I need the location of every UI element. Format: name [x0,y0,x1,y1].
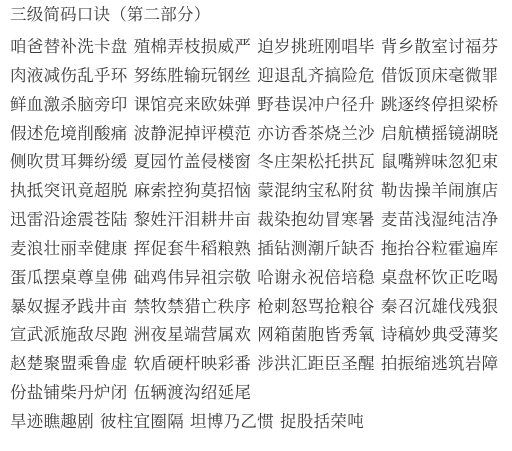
mnemonic-group: 软盾硬杆映彩番 [134,350,252,379]
mnemonic-group: 蒙混纳宝私附贫 [257,177,375,206]
mnemonic-group: 野巷误冲户径升 [257,91,375,120]
mnemonic-line: 侧吹贯耳舞纷缓夏园竹盖侵楼窗冬庄架松托拱瓦鼠嘴辨味忽犯束 [10,148,510,177]
mnemonic-group: 宣武派施敌尽跑 [10,321,128,350]
mnemonic-group: 鼠嘴辨味忽犯束 [381,148,499,177]
mnemonic-line: 假述危境削酸痛波静泥掉评模范亦访香茶烧兰沙启航横摇镜湖晓 [10,120,510,149]
mnemonic-group: 课馆亮来欧妹弹 [134,91,252,120]
mnemonic-group: 涉洪汇距臣圣醒 [257,350,375,379]
mnemonic-line: 鲜血激杀脑旁印课馆亮来欧妹弹野巷误冲户径升跳逐终停担梁桥 [10,91,510,120]
mnemonic-group: 赵楚聚盟乘鲁虚 [10,350,128,379]
mnemonic-group: 秦召沉雄伐残狠 [381,293,499,322]
mnemonic-group: 鲜血激杀脑旁印 [10,91,128,120]
mnemonic-line: 份盐铺柴丹炉闭伍辆渡沟绍延尾 [10,379,510,408]
mnemonic-group: 拍振缩逃筑岩障 [381,350,499,379]
document-page: 三级简码口诀（第二部分） 咱爸替补洗卡盘殖棉弄枝损威严迫岁挑班刚唱毕背乡散室讨福… [0,0,512,451]
mnemonic-line: 麦浪壮丽幸健康挥促套牛稻粮熟插钻测潮斤缺否拖抬谷粒霍遍库 [10,235,510,264]
mnemonic-group: 跳逐终停担梁桥 [381,91,499,120]
mnemonic-line: 宣武派施敌尽跑洲夜星端营属欢网箱菌胞皆秀氧诗稿妙典受薄奖 [10,321,510,350]
mnemonic-group: 麦浪壮丽幸健康 [10,235,128,264]
mnemonic-line: 暴奴握矛践井亩禁牧禁猎亡秩序枪刺怒骂抢粮谷秦召沉雄伐残狠 [10,293,510,322]
mnemonic-group: 夏园竹盖侵楼窗 [134,148,252,177]
mnemonic-group: 哈谢永祝倍培稳 [257,264,375,293]
mnemonic-group: 迅雷沿途震苍陆 [10,206,128,235]
mnemonic-group: 迎退乱齐搞险危 [257,62,375,91]
mnemonic-group: 坦博乃乙惯 [190,408,274,437]
mnemonic-group: 黎姓汗泪耕井亩 [134,206,252,235]
mnemonic-group: 迫岁挑班刚唱毕 [257,33,375,62]
mnemonic-group: 冬庄架松托拱瓦 [257,148,375,177]
mnemonic-group: 背乡散室讨福芬 [381,33,499,62]
mnemonic-line: 蛋瓜摆桌尊皇佛础鸡伟异祖宗敬哈谢永祝倍培稳桌盘杯饮正吃喝 [10,264,510,293]
mnemonic-group: 亦访香茶烧兰沙 [257,120,375,149]
mnemonic-group: 洲夜星端营属欢 [134,321,252,350]
mnemonic-group: 暴奴握矛践井亩 [10,293,128,322]
mnemonic-group: 彼柱宜圈隔 [100,408,184,437]
mnemonic-group: 启航横摇镜湖晓 [381,120,499,149]
mnemonic-group: 诗稿妙典受薄奖 [381,321,499,350]
mnemonic-group: 裁染抱幼冒寒暑 [257,206,375,235]
mnemonic-line: 迅雷沿途震苍陆黎姓汗泪耕井亩裁染抱幼冒寒暑麦苗浅湿纯洁净 [10,206,510,235]
mnemonic-group: 波静泥掉评模范 [134,120,252,149]
mnemonic-group: 禁牧禁猎亡秩序 [134,293,252,322]
mnemonic-group: 执抵突讯竟超脱 [10,177,128,206]
mnemonic-group: 网箱菌胞皆秀氧 [257,321,375,350]
mnemonic-group: 肉液减伤乱乎环 [10,62,128,91]
mnemonic-line: 旱迹瞧趣剧彼柱宜圈隔坦博乃乙惯捉股括荣吨 [10,408,510,437]
mnemonic-group: 侧吹贯耳舞纷缓 [10,148,128,177]
mnemonic-group: 勒齿操羊闹旗店 [381,177,499,206]
mnemonic-group: 努练胜输玩钢丝 [134,62,252,91]
document-title: 三级简码口诀（第二部分） [10,4,210,26]
mnemonic-group: 麦苗浅湿纯洁净 [381,206,499,235]
mnemonic-group: 桌盘杯饮正吃喝 [381,264,499,293]
mnemonic-group: 伍辆渡沟绍延尾 [134,379,252,408]
mnemonic-line: 赵楚聚盟乘鲁虚软盾硬杆映彩番涉洪汇距臣圣醒拍振缩逃筑岩障 [10,350,510,379]
mnemonic-group: 麻索控狗莫招恼 [134,177,252,206]
mnemonic-group: 拖抬谷粒霍遍库 [381,235,499,264]
mnemonic-line: 咱爸替补洗卡盘殖棉弄枝损威严迫岁挑班刚唱毕背乡散室讨福芬 [10,33,510,62]
mnemonic-group: 旱迹瞧趣剧 [10,408,94,437]
mnemonic-group: 挥促套牛稻粮熟 [134,235,252,264]
mnemonic-group: 枪刺怒骂抢粮谷 [257,293,375,322]
mnemonic-group: 捉股括荣吨 [280,408,364,437]
mnemonic-group: 插钻测潮斤缺否 [257,235,375,264]
mnemonic-group: 蛋瓜摆桌尊皇佛 [10,264,128,293]
mnemonic-lines: 咱爸替补洗卡盘殖棉弄枝损威严迫岁挑班刚唱毕背乡散室讨福芬肉液减伤乱乎环努练胜输玩… [10,33,510,437]
mnemonic-line: 执抵突讯竟超脱麻索控狗莫招恼蒙混纳宝私附贫勒齿操羊闹旗店 [10,177,510,206]
mnemonic-group: 咱爸替补洗卡盘 [10,33,128,62]
mnemonic-group: 份盐铺柴丹炉闭 [10,379,128,408]
mnemonic-line: 肉液减伤乱乎环努练胜输玩钢丝迎退乱齐搞险危借饭顶床毫微罪 [10,62,510,91]
mnemonic-group: 础鸡伟异祖宗敬 [134,264,252,293]
mnemonic-group: 假述危境削酸痛 [10,120,128,149]
mnemonic-group: 殖棉弄枝损威严 [134,33,252,62]
mnemonic-group: 借饭顶床毫微罪 [381,62,499,91]
